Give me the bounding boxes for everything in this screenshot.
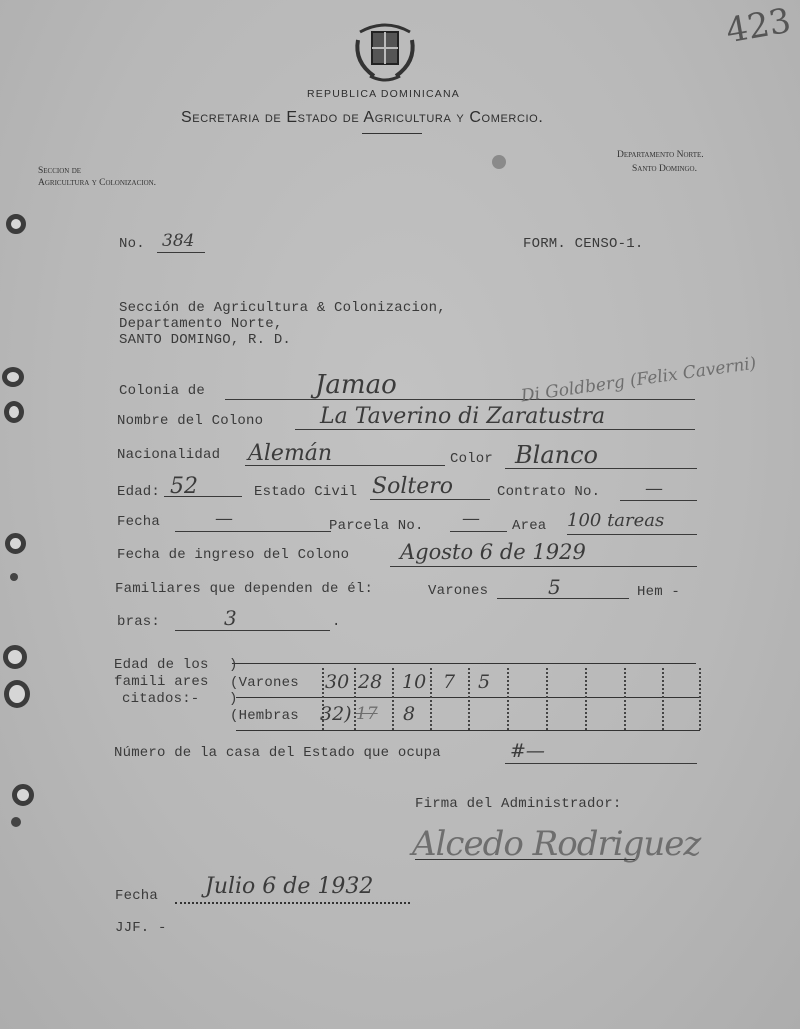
parcela-value: —: [462, 508, 480, 529]
age-cell: 32): [320, 703, 352, 725]
section-label-line1: Seccion de: [38, 166, 81, 176]
estado-civil-line: [370, 499, 490, 500]
area-label: Area: [512, 518, 546, 534]
page-number: 423: [723, 1, 794, 52]
ingreso-label: Fecha de ingreso del Colono: [117, 547, 349, 563]
hembras-value: 3: [224, 606, 237, 630]
address-line2: Departamento Norte,: [119, 316, 282, 332]
punch-hole: [5, 533, 26, 554]
varones-label: Varones: [428, 583, 488, 599]
fecha-line: [175, 531, 331, 532]
form-number-underline: [157, 252, 205, 253]
hembras-label-b: bras:: [117, 614, 160, 630]
column-separator: [392, 668, 394, 730]
punch-hole: [3, 645, 27, 669]
footer-fecha-value: Julio 6 de 1932: [205, 874, 373, 899]
section-label-line2: Agricultura y Colonizacion.: [38, 178, 156, 188]
nombre-label: Nombre del Colono: [117, 413, 263, 429]
color-value: Blanco: [515, 441, 598, 469]
column-separator: [585, 668, 587, 730]
ages-label-line2: famili ares: [114, 674, 209, 690]
column-separator: [662, 668, 664, 730]
column-separator: [624, 668, 626, 730]
coat-of-arms-icon: [350, 18, 420, 86]
ink-spot: [492, 155, 506, 169]
nacionalidad-label: Nacionalidad: [117, 447, 220, 463]
estado-civil-label: Estado Civil: [254, 484, 357, 500]
colonia-value: Jamao: [315, 370, 397, 400]
table-bottom-rule: [236, 730, 700, 731]
punch-hole: [12, 784, 34, 806]
familiares-label: Familiares que dependen de él:: [115, 581, 373, 597]
hembras-label-a: Hem -: [637, 584, 680, 600]
varones-line: [497, 598, 629, 599]
age-cell: 5: [478, 671, 490, 693]
period: .: [332, 614, 341, 630]
contrato-line: [620, 500, 697, 501]
punch-hole: [2, 367, 24, 387]
department-line1: Departamento Norte.: [617, 150, 704, 160]
parcela-label: Parcela No.: [329, 518, 424, 534]
hembras-line: [175, 630, 330, 631]
punch-hole: [6, 214, 26, 234]
signature-label: Firma del Administrador:: [415, 796, 621, 812]
column-separator: [546, 668, 548, 730]
signature-value: Alcedo Rodriguez: [412, 824, 700, 864]
ingreso-value: Agosto 6 de 1929: [400, 540, 586, 564]
fecha-label: Fecha: [117, 514, 160, 530]
country-name: REPUBLICA DOMINICANA: [307, 88, 460, 100]
footer-fecha-label: Fecha: [115, 888, 158, 904]
fecha-value: —: [215, 508, 233, 529]
varones-value: 5: [548, 575, 561, 599]
parcela-line: [450, 531, 507, 532]
address-line3: SANTO DOMINGO, R. D.: [119, 332, 291, 348]
contrato-value: —: [645, 478, 663, 499]
age-cell: 7: [443, 671, 455, 693]
address-line1: Sección de Agricultura & Colonizacion,: [119, 300, 446, 316]
ministry-title: Secretaria de Estado de Agricultura y Co…: [181, 109, 543, 127]
punch-hole: [4, 680, 30, 708]
column-separator: [699, 668, 701, 730]
colonia-line: [225, 399, 695, 400]
table-row-label-varones: (Varones: [230, 675, 299, 691]
nombre-value: La Taverino di Zaratustra: [320, 404, 605, 429]
form-number-label: No.: [119, 236, 145, 252]
initials: JJF. -: [115, 920, 167, 936]
ink-spot: [11, 817, 21, 827]
color-label: Color: [450, 451, 493, 467]
area-value: 100 tareas: [567, 510, 664, 531]
age-cell: 8: [403, 703, 415, 725]
age-cell: 17: [356, 704, 378, 724]
bracket: ): [229, 691, 238, 707]
casa-label: Número de la casa del Estado que ocupa: [114, 745, 441, 761]
column-separator: [468, 668, 470, 730]
footer-fecha-dotted-line: [175, 902, 410, 904]
table-top-rule: [232, 663, 696, 664]
age-cell: 28: [358, 671, 382, 693]
casa-line: [505, 763, 697, 764]
colonia-label: Colonia de: [119, 383, 205, 399]
form-number-value: 384: [162, 231, 194, 251]
edad-label: Edad:: [117, 484, 160, 500]
area-line: [567, 534, 697, 535]
form-code: FORM. CENSO-1.: [523, 236, 643, 252]
ages-label-line1: Edad de los: [114, 657, 209, 673]
punch-hole: [4, 401, 24, 423]
edad-value: 52: [170, 474, 198, 499]
age-cell: 10: [402, 671, 426, 693]
nombre-line: [295, 429, 695, 430]
contrato-label: Contrato No.: [497, 484, 600, 500]
title-rule: [362, 133, 422, 134]
column-separator: [507, 668, 509, 730]
signature-underline: [415, 859, 635, 860]
ink-spot: [10, 573, 18, 581]
bracket: ): [229, 657, 238, 673]
department-line2: Santo Domingo.: [632, 164, 697, 174]
column-separator: [430, 668, 432, 730]
casa-value: #—: [510, 740, 545, 762]
table-row-label-hembras: (Hembras: [230, 708, 299, 724]
ingreso-line: [390, 566, 697, 567]
age-cell: 30: [325, 671, 349, 693]
estado-civil-value: Soltero: [372, 474, 453, 499]
ages-label-line3: citados:-: [122, 691, 199, 707]
nacionalidad-value: Alemán: [248, 441, 332, 466]
